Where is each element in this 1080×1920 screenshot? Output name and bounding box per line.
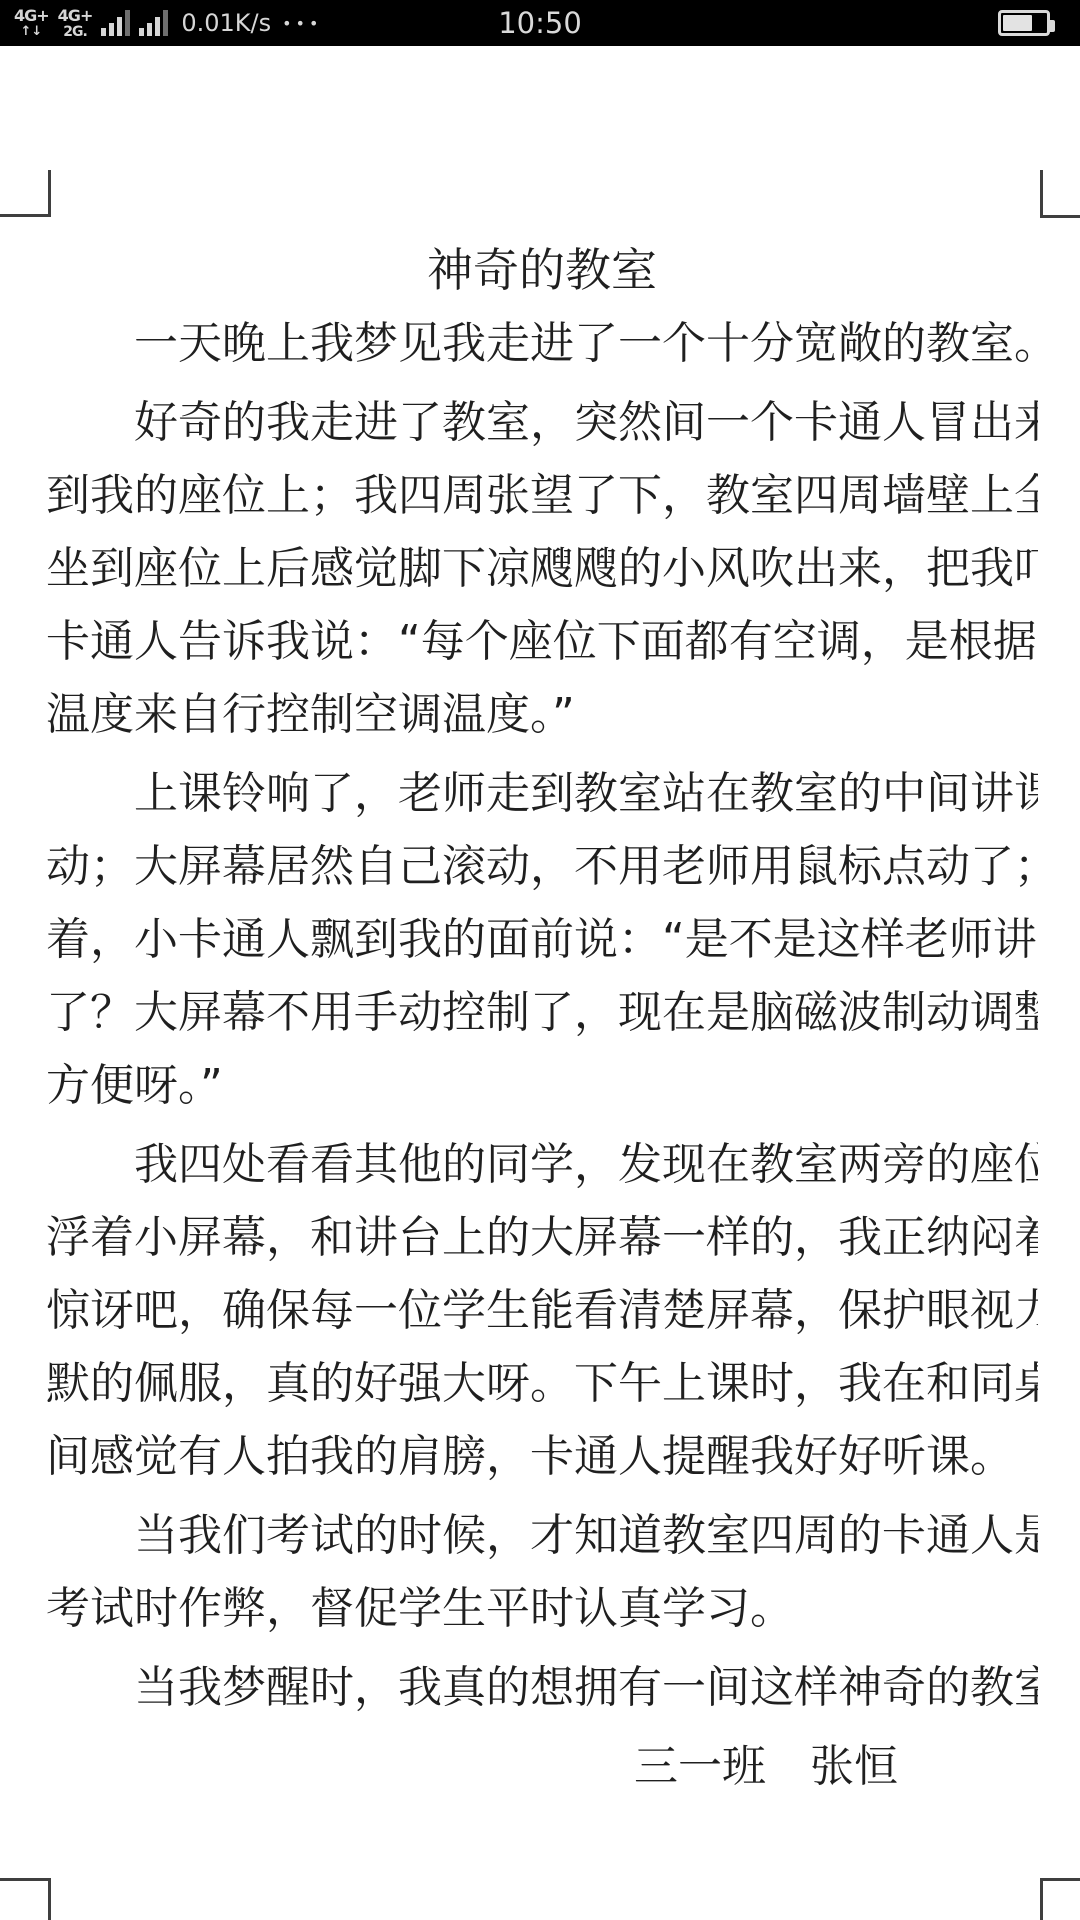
network-type-sim2-top: 4G+ [58, 8, 93, 24]
essay-line: 一天晚上我梦见我走进了一个十分宽敞的教室。 [46, 307, 1038, 380]
essay-line: 好奇的我走进了教室，突然间一个卡通人冒出来迎接我，把我带 [46, 386, 1038, 459]
essay-paragraph: 好奇的我走进了教室，突然间一个卡通人冒出来迎接我，把我带到我的座位上；我四周张望… [46, 386, 1038, 751]
essay-line: 了？大屏幕不用手动控制了，现在是脑磁波制动调整控制，是不是很 [46, 976, 1038, 1049]
essay-line: 考试时作弊，督促学生平时认真学习。 [46, 1572, 1038, 1645]
network-indicator-sim1: 4G+ ↑↓ [14, 8, 49, 38]
notification-overflow-dots-icon: ••• [282, 14, 322, 33]
signal-bar [101, 28, 106, 36]
data-activity-arrows-icon: ↑↓ [20, 25, 42, 38]
signal-bar [109, 23, 114, 36]
essay-body: 一天晚上我梦见我走进了一个十分宽敞的教室。好奇的我走进了教室，突然间一个卡通人冒… [46, 307, 1038, 1724]
essay-line: 惊讶吧，确保每一位学生能看清楚屏幕，保护眼视力。”我在心里默 [46, 1274, 1038, 1347]
network-type-sim1: 4G+ [14, 8, 49, 24]
status-bar: 4G+ ↑↓ 4G+ 2G. 0.01K/s ••• 10:50 [0, 0, 1080, 46]
signal-bar [139, 28, 144, 36]
battery-icon [998, 10, 1050, 36]
battery-fill-level [1003, 15, 1032, 31]
page-corner-mark-bottom-left [0, 1878, 51, 1920]
signal-bars-sim1-icon [101, 10, 130, 36]
essay-line: 坐到座位上后感觉脚下凉飕飕的小风吹出来，把我吓得赶紧站起来， [46, 532, 1038, 605]
signal-bar [163, 10, 168, 36]
essay-line: 间感觉有人拍我的肩膀，卡通人提醒我好好听课。 [46, 1420, 1038, 1493]
essay-line: 方便呀。” [46, 1049, 1038, 1122]
status-bar-left: 4G+ ↑↓ 4G+ 2G. 0.01K/s ••• [14, 8, 998, 39]
essay-line: 动；大屏幕居然自己滚动，不用老师用鼠标点动了；我一脸迷茫的看 [46, 830, 1038, 903]
signal-bar [147, 23, 152, 36]
document-page: 神奇的教室 一天晚上我梦见我走进了一个十分宽敞的教室。好奇的我走进了教室，突然间… [0, 46, 1080, 1920]
essay-line: 到我的座位上；我四周张望了下，教室四周墙壁上全是卡通人。当我 [46, 459, 1038, 532]
essay-line: 浮着小屏幕，和讲台上的大屏幕一样的，我正纳闷着，卡通人说：“ [46, 1201, 1038, 1274]
battery-nub [1050, 20, 1055, 32]
essay-signature: 三一班 张恒 [46, 1730, 1038, 1803]
essay-paragraph: 一天晚上我梦见我走进了一个十分宽敞的教室。 [46, 307, 1038, 380]
page-corner-mark-bottom-right [1040, 1878, 1080, 1920]
phone-screen: 4G+ ↑↓ 4G+ 2G. 0.01K/s ••• 10:50 [0, 0, 1080, 1920]
network-type-sim2-bottom: 2G. [63, 25, 87, 39]
essay-line: 上课铃响了，老师走到教室站在教室的中间讲课，还可以来回的走 [46, 757, 1038, 830]
essay-line: 卡通人告诉我说：“每个座位下面都有空调，是根据室外温度和身体 [46, 605, 1038, 678]
network-indicator-sim2: 4G+ 2G. [58, 8, 93, 39]
essay-line: 我四处看看其他的同学，发现在教室两旁的座位上同学面前都漂 [46, 1128, 1038, 1201]
signal-bars-sim2-icon [139, 10, 168, 36]
essay-line: 温度来自行控制空调温度。” [46, 678, 1038, 751]
essay-paragraph: 当我梦醒时，我真的想拥有一间这样神奇的教室呀！ [46, 1651, 1038, 1724]
essay-paragraph: 当我们考试的时候，才知道教室四周的卡通人是监考官，防止学生考试时作弊，督促学生平… [46, 1499, 1038, 1645]
signal-bar [155, 17, 160, 36]
network-speed-label: 0.01K/s [181, 9, 271, 37]
essay-title: 神奇的教室 [46, 234, 1038, 307]
essay-content: 神奇的教室 一天晚上我梦见我走进了一个十分宽敞的教室。好奇的我走进了教室，突然间… [0, 46, 1080, 1803]
essay-line: 当我们考试的时候，才知道教室四周的卡通人是监考官，防止学生 [46, 1499, 1038, 1572]
signal-bar [117, 17, 122, 36]
status-bar-right [998, 10, 1050, 36]
essay-paragraph: 上课铃响了，老师走到教室站在教室的中间讲课，还可以来回的走动；大屏幕居然自己滚动… [46, 757, 1038, 1122]
essay-paragraph: 我四处看看其他的同学，发现在教室两旁的座位上同学面前都漂浮着小屏幕，和讲台上的大… [46, 1128, 1038, 1493]
essay-line: 着，小卡通人飘到我的面前说：“是不是这样老师讲课更能听的清楚 [46, 903, 1038, 976]
essay-line: 默的佩服，真的好强大呀。下午上课时，我在和同桌小声说话，突然 [46, 1347, 1038, 1420]
essay-line: 当我梦醒时，我真的想拥有一间这样神奇的教室呀！ [46, 1651, 1038, 1724]
signal-bar [125, 10, 130, 36]
